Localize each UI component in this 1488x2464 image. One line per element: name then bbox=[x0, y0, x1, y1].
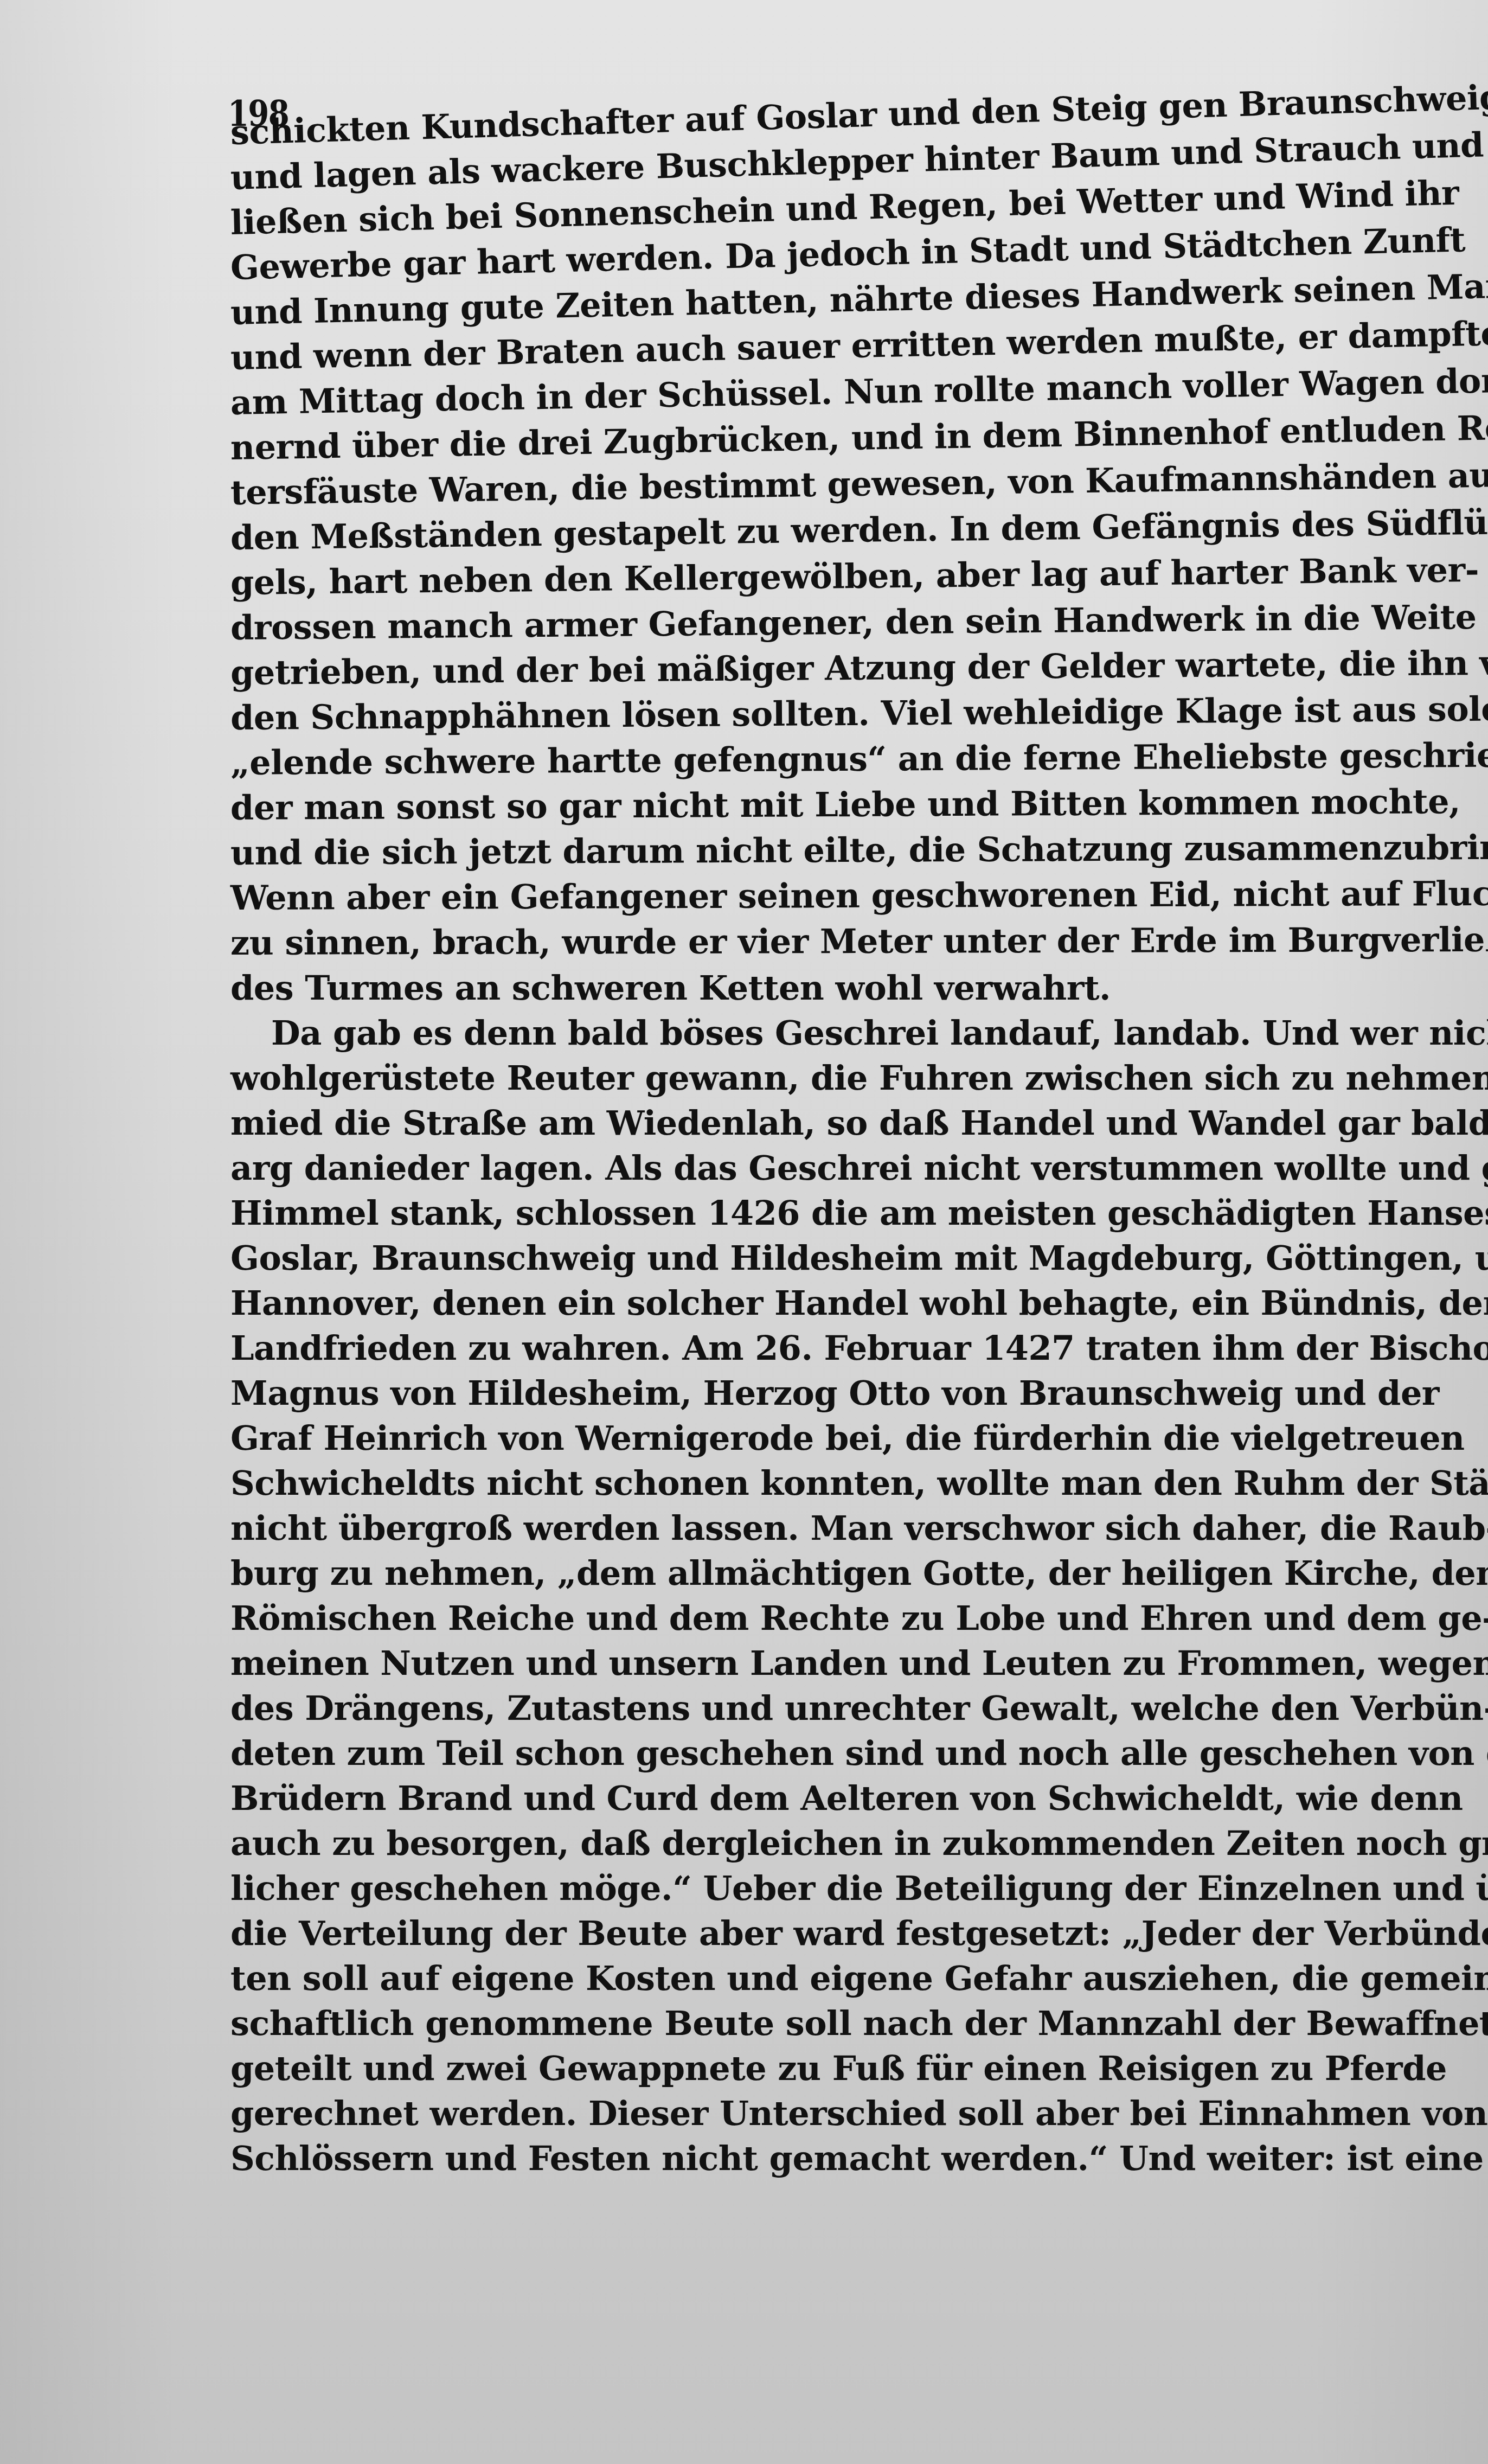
text-line: mied die Straße am Wiedenlah, so daß Han… bbox=[230, 1104, 1434, 1142]
text-line: meinen Nutzen und unsern Landen und Leut… bbox=[230, 1644, 1434, 1682]
text-line: Himmel stank, schlossen 1426 die am meis… bbox=[230, 1194, 1434, 1232]
text-line: die Verteilung der Beute aber ward festg… bbox=[230, 1915, 1434, 1953]
text-line: den Meßständen gestapelt zu werden. In d… bbox=[230, 504, 1435, 557]
text-line: licher geschehen möge.“ Ueber die Beteil… bbox=[230, 1870, 1434, 1908]
text-line: Landfrieden zu wahren. Am 26. Februar 14… bbox=[230, 1329, 1434, 1367]
text-line: burg zu nehmen, „dem allmächtigen Gotte,… bbox=[230, 1554, 1434, 1592]
text-line: des Drängens, Zutastens und unrechter Ge… bbox=[230, 1689, 1434, 1727]
text-line: getrieben, und der bei mäßiger Atzung de… bbox=[230, 645, 1434, 692]
text-line: Graf Heinrich von Wernigerode bei, die f… bbox=[230, 1419, 1434, 1457]
text-line: drossen manch armer Gefangener, den sein… bbox=[230, 599, 1435, 647]
text-line: gels, hart neben den Kellergewölben, abe… bbox=[230, 552, 1435, 602]
text-line: Hannover, denen ein solcher Handel wohl … bbox=[230, 1284, 1434, 1322]
text-line: schaftlich genommene Beute soll nach der… bbox=[230, 2005, 1434, 2043]
text-line: Goslar, Braunschweig und Hildesheim mit … bbox=[230, 1239, 1434, 1277]
text-line: Da gab es denn bald böses Geschrei landa… bbox=[271, 1014, 1434, 1052]
text-line: und die sich jetzt darum nicht eilte, di… bbox=[230, 829, 1434, 872]
text-line: Schwicheldts nicht schonen konnten, woll… bbox=[230, 1464, 1434, 1502]
text-line: Brüdern Brand und Curd dem Aelteren von … bbox=[230, 1780, 1434, 1817]
text-line: deten zum Teil schon geschehen sind und … bbox=[230, 1735, 1434, 1772]
text-line: nicht übergroß werden lassen. Man versch… bbox=[230, 1509, 1434, 1547]
text-line: Magnus von Hildesheim, Herzog Otto von B… bbox=[230, 1374, 1434, 1412]
text-line: den Schnapphähnen lösen sollten. Viel we… bbox=[230, 691, 1434, 737]
text-line: geteilt und zwei Gewappnete zu Fuß für e… bbox=[230, 2050, 1434, 2088]
text-line: gerechnet werden. Dieser Unterschied sol… bbox=[230, 2095, 1434, 2133]
text-line: arg danieder lagen. Als das Geschrei nic… bbox=[230, 1149, 1434, 1187]
text-line: zu sinnen, brach, wurde er vier Meter un… bbox=[230, 921, 1434, 962]
text-line: des Turmes an schweren Ketten wohl verwa… bbox=[230, 969, 1434, 1007]
text-line: Wenn aber ein Gefangener seinen geschwor… bbox=[230, 875, 1434, 917]
text-line: der man sonst so gar nicht mit Liebe und… bbox=[230, 783, 1434, 827]
body-text: schickten Kundschafter auf Goslar und de… bbox=[0, 0, 1488, 2464]
text-line: „elende schwere hartte gefengnus“ an die… bbox=[230, 737, 1434, 782]
text-line: wohlgerüstete Reuter gewann, die Fuhren … bbox=[230, 1059, 1434, 1097]
text-line: ten soll auf eigene Kosten und eigene Ge… bbox=[230, 1960, 1434, 1998]
text-line: Schlössern und Festen nicht gemacht werd… bbox=[230, 2140, 1434, 2178]
text-line: tersfäuste Waren, die bestimmt gewesen, … bbox=[230, 457, 1435, 512]
text-line: auch zu besorgen, daß dergleichen in zuk… bbox=[230, 1825, 1434, 1863]
text-line: Römischen Reiche und dem Rechte zu Lobe … bbox=[230, 1599, 1434, 1637]
